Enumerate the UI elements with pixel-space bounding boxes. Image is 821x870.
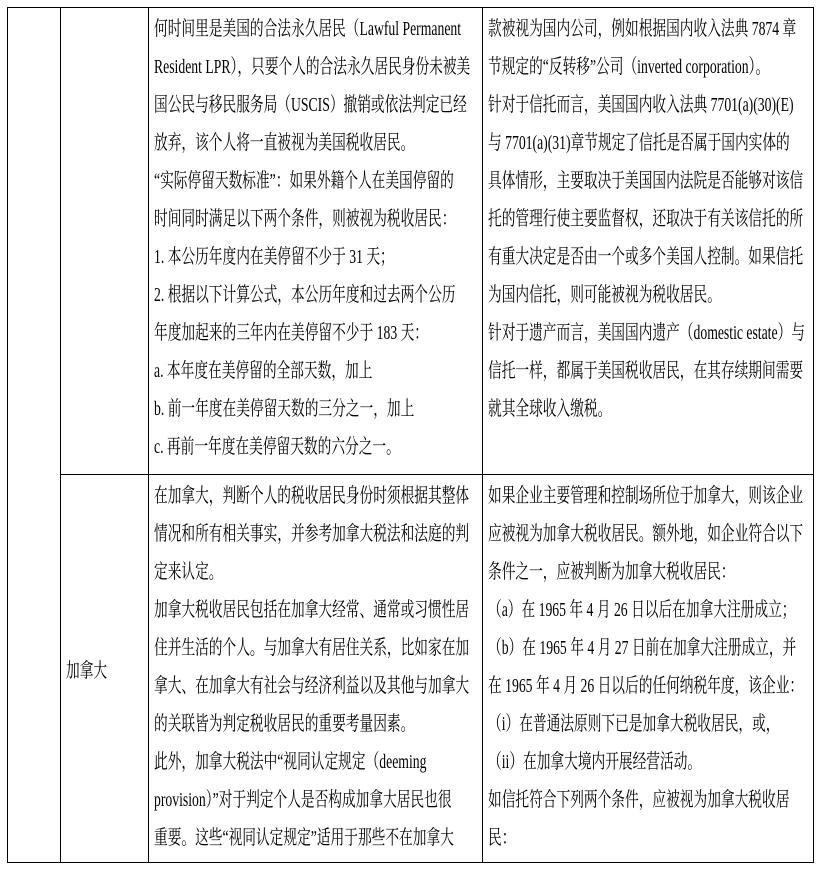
- text-line: （i）在普通法原则下已是加拿大税收居民，或，: [488, 705, 709, 743]
- text-line: 1. 本公历年度内在美停留不少于 31 天；: [154, 238, 377, 276]
- text-line: 情况和所有相关事实，并参考加拿大税法和法庭的判: [154, 515, 377, 553]
- text-line: provision）”对于判定个人是否构成加拿大居民也很: [154, 781, 377, 819]
- text-line: 国公民与移民服务局（USCIS）撤销或依法判定已经: [154, 86, 377, 124]
- entity-rules-cell-canada: 如果企业主要管理和控制场所位于加拿大，则该企业应被视为加拿大税收居民。额外地，如…: [482, 474, 813, 862]
- text-line: 拿大、在加拿大有社会与经济利益以及其他与加拿大: [154, 667, 377, 705]
- text-line: 针对于信托而言，美国国内收入法典 7701(a)(30)(E): [488, 86, 709, 124]
- text-line: c. 再前一年度在美停留天数的六分之一。: [154, 428, 377, 466]
- text-line: 如果企业主要管理和控制场所位于加拿大，则该企业: [488, 477, 709, 515]
- text-line: 民：: [488, 819, 709, 857]
- text-line: 住并生活的个人。与加拿大有居住关系，比如家在加: [154, 629, 377, 667]
- text-line: 在加拿大，判断个人的税收居民身份时须根据其整体: [154, 477, 377, 515]
- text-line: （b）在 1965 年 4 月 27 日前在加拿大注册成立，并: [488, 629, 709, 667]
- text-line: 托的管理行使主要监督权，还取决于有关该信托的所: [488, 200, 709, 238]
- text-line: 年度加起来的三年内在美停留不少于 183 天：: [154, 314, 377, 352]
- text-line: 时间同时满足以下两个条件，则被视为税收居民：: [154, 200, 377, 238]
- text-line: 此外，加拿大税法中“视同认定规定（deeming: [154, 743, 377, 781]
- text-line: 定来认定。: [154, 553, 377, 591]
- individual-rules-cell-us: 何时间里是美国的合法永久居民（Lawful PermanentResident …: [148, 8, 482, 474]
- document-page: { "meta": { "text_color": "#000000", "bo…: [0, 0, 821, 870]
- text-line: 为国内信托，则可能被视为税收居民。: [488, 276, 709, 314]
- country-label: 加拿大: [66, 654, 107, 683]
- text-line: 重要。这些“视同认定规定”适用于那些不在加拿大: [154, 819, 377, 857]
- text-line: 的关联皆为判定税收居民的重要考量因素。: [154, 705, 377, 743]
- text-line: 有重大决定是否由一个或多个美国人控制。如果信托: [488, 238, 709, 276]
- individual-rules-cell-canada: 在加拿大，判断个人的税收居民身份时须根据其整体情况和所有相关事实，并参考加拿大税…: [148, 474, 482, 862]
- text-line: 应被视为加拿大税收居民。额外地，如企业符合以下: [488, 515, 709, 553]
- text-line: “实际停留天数标准”：如果外籍个人在美国停留的: [154, 162, 377, 200]
- text-line: a. 本年度在美停留的全部天数，加上: [154, 352, 377, 390]
- country-cell-us: [60, 8, 148, 474]
- text-line: 针对于遗产而言，美国国内遗产（domestic estate）与: [488, 314, 709, 352]
- text-line: 就其全球收入缴税。: [488, 390, 709, 428]
- country-cell-canada: 加拿大: [60, 474, 148, 862]
- row-index-cell: [8, 8, 60, 862]
- entity-rules-cell-us: 款被视为国内公司，例如根据国内收入法典 7874 章节规定的“反转移”公司（in…: [482, 8, 813, 474]
- text-line: （ii）在加拿大境内开展经营活动。: [488, 743, 709, 781]
- text-line: 放弃，该个人将一直被视为美国税收居民。: [154, 124, 377, 162]
- text-line: 款被视为国内公司，例如根据国内收入法典 7874 章: [488, 10, 709, 48]
- text-line: 具体情形，主要取决于美国国内法院是否能够对该信: [488, 162, 709, 200]
- text-line: 2. 根据以下计算公式，本公历年度和过去两个公历: [154, 276, 377, 314]
- text-line: 在 1965 年 4 月 26 日以后的任何纳税年度，该企业：: [488, 667, 709, 705]
- tax-residency-table: 何时间里是美国的合法永久居民（Lawful PermanentResident …: [7, 7, 814, 863]
- text-line: 与 7701(a)(31)章节规定了信托是否属于国内实体的: [488, 124, 709, 162]
- text-line: 节规定的“反转移”公司（inverted corporation）。: [488, 48, 709, 86]
- text-line: 何时间里是美国的合法永久居民（Lawful Permanent: [154, 10, 377, 48]
- text-line: 条件之一，应被判断为加拿大税收居民：: [488, 553, 709, 591]
- text-line: 如信托符合下列两个条件，应被视为加拿大税收居: [488, 781, 709, 819]
- text-line: （a）在 1965 年 4 月 26 日以后在加拿大注册成立；: [488, 591, 709, 629]
- text-line: Resident LPR），只要个人的合法永久居民身份未被美: [154, 48, 377, 86]
- text-line: 信托一样，都属于美国税收居民，在其存续期间需要: [488, 352, 709, 390]
- text-line: b. 前一年度在美停留天数的三分之一，加上: [154, 390, 377, 428]
- text-line: 加拿大税收居民包括在加拿大经常、通常或习惯性居: [154, 591, 377, 629]
